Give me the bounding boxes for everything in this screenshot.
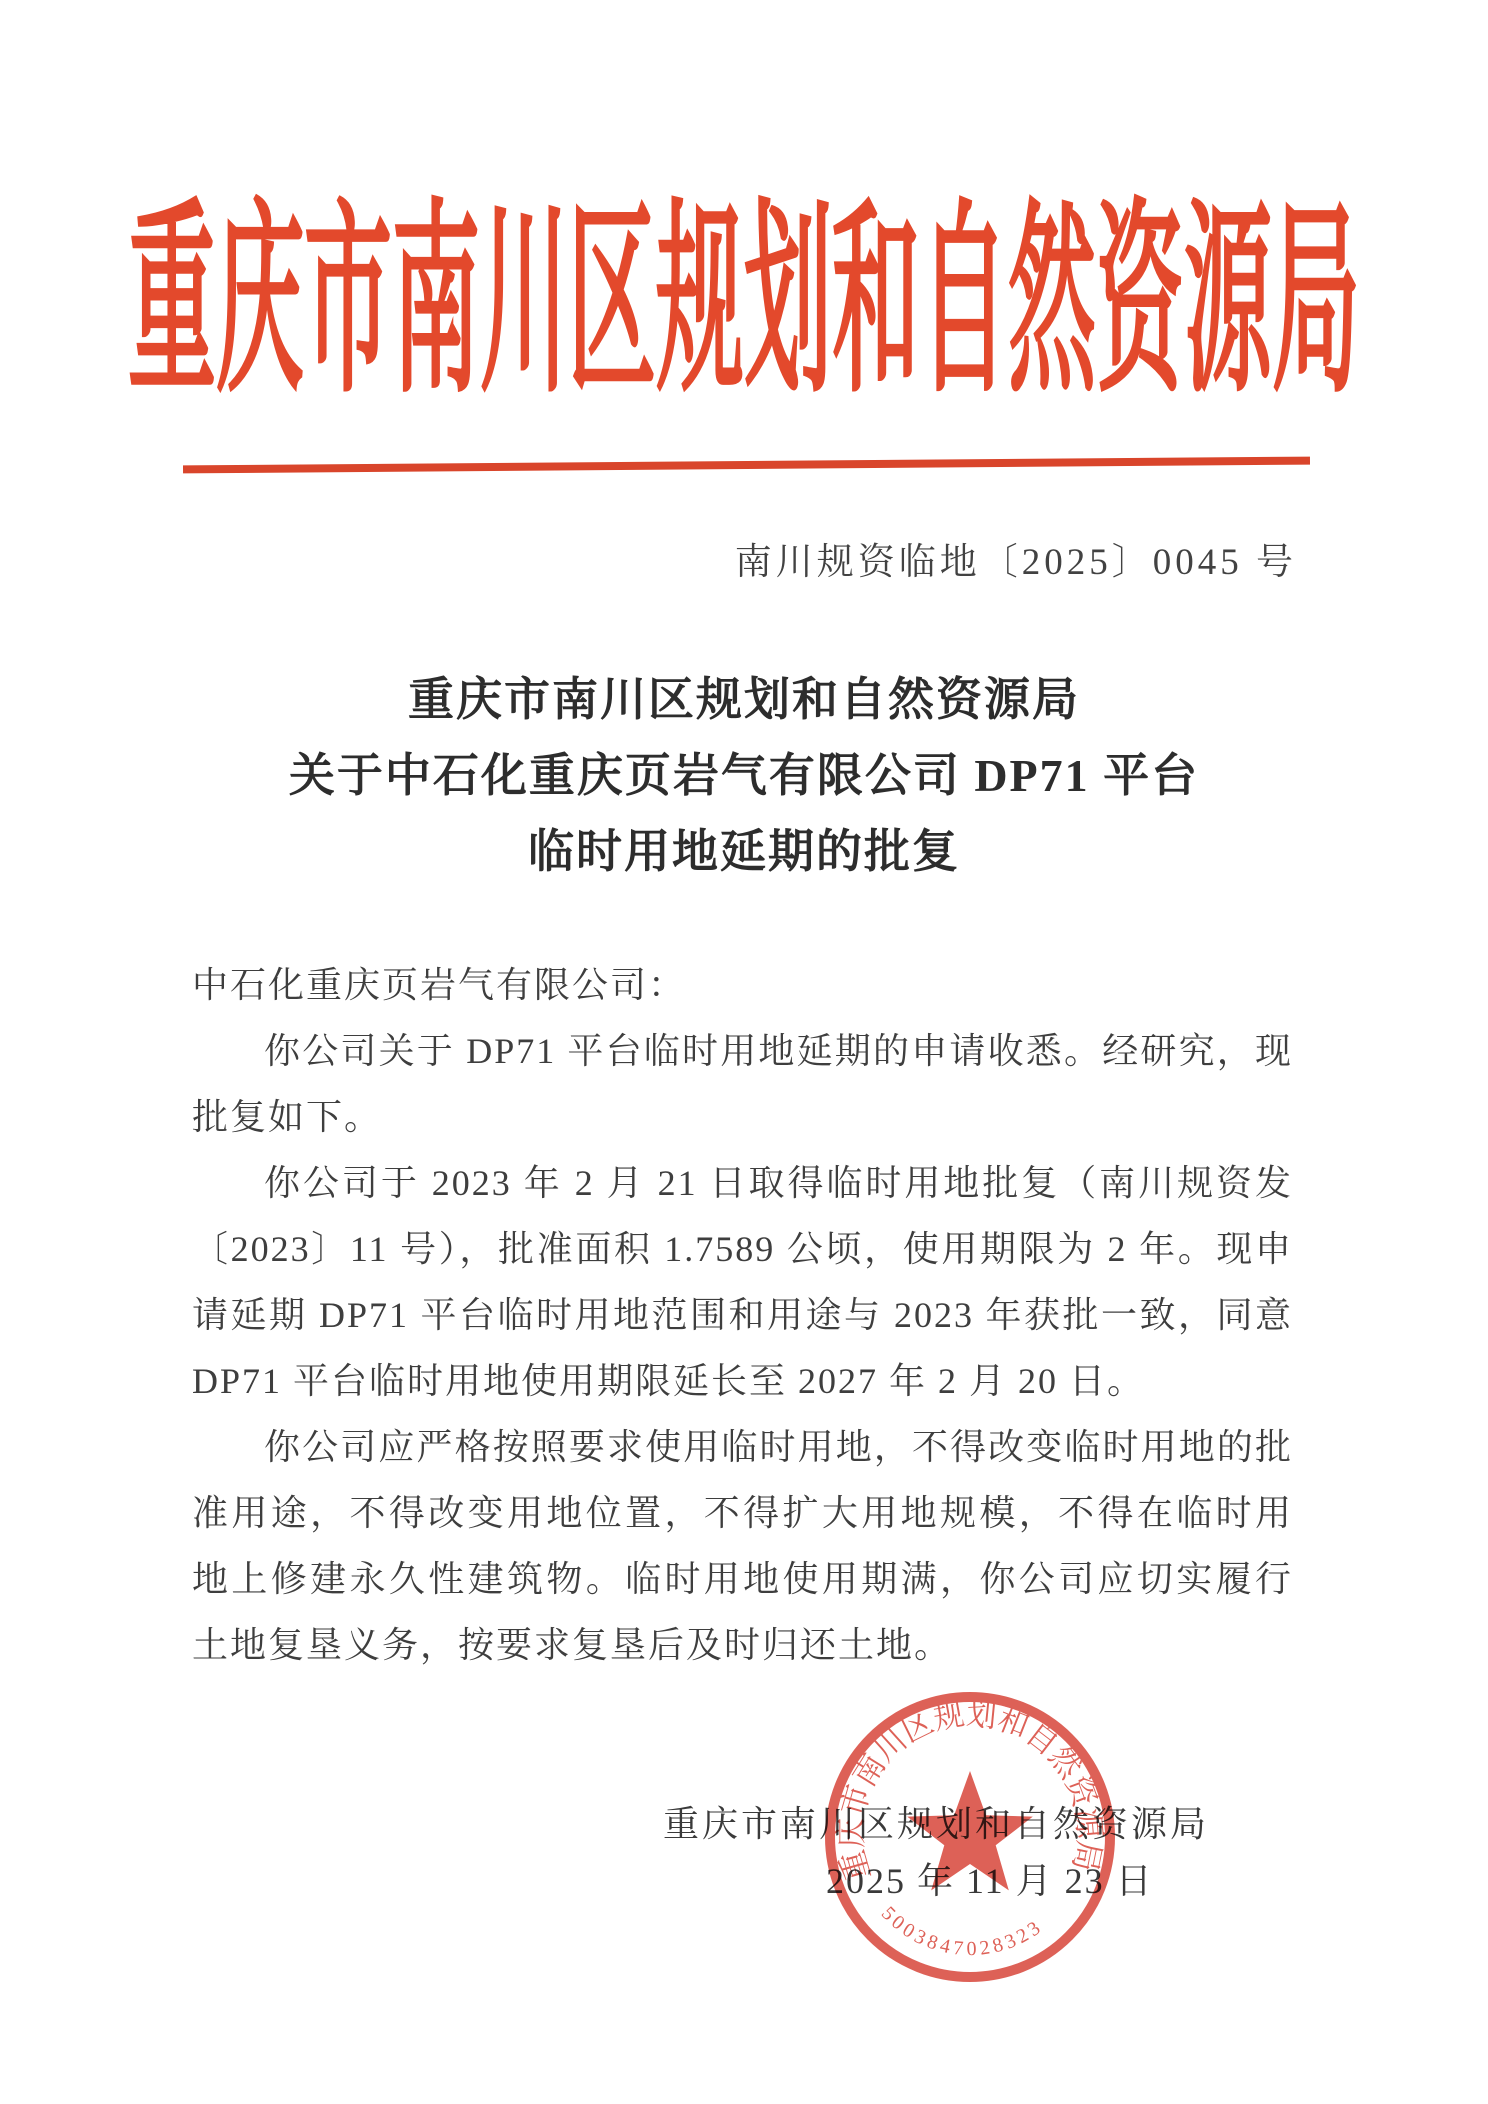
paragraph-1: 你公司关于 DP71 平台临时用地延期的申请收悉。经研究，现批复如下。 <box>192 1018 1293 1150</box>
salutation: 中石化重庆页岩气有限公司： <box>192 952 1293 1018</box>
red-header-agency-title: 重庆市南川区规划和自然资源局 <box>64 203 1424 410</box>
seal-star-icon <box>907 1771 1033 1890</box>
document-title: 重庆市南川区规划和自然资源局 关于中石化重庆页岩气有限公司 DP71 平台 临时… <box>0 662 1488 890</box>
seal-serial-number: 5003847028323 <box>877 1902 1048 1960</box>
document-page: 重庆市南川区规划和自然资源局 南川规资临地〔2025〕0045 号 重庆市南川区… <box>0 0 1488 2104</box>
official-seal-stamp: 重庆市南川区规划和自然资源局 5003847028323 <box>808 1672 1132 2008</box>
paragraph-2: 你公司于 2023 年 2 月 21 日取得临时用地批复（南川规资发〔2023〕… <box>192 1150 1293 1414</box>
red-divider-line <box>183 457 1310 474</box>
document-number: 南川规资临地〔2025〕0045 号 <box>735 531 1297 585</box>
paragraph-3: 你公司应严格按照要求使用临时用地，不得改变临时用地的批准用途，不得改变用地位置，… <box>192 1414 1293 1678</box>
document-body: 中石化重庆页岩气有限公司： 你公司关于 DP71 平台临时用地延期的申请收悉。经… <box>192 952 1293 1678</box>
document-title-line-3: 临时用地延期的批复 <box>0 814 1488 890</box>
seal-graphics: 重庆市南川区规划和自然资源局 5003847028323 <box>830 1695 1110 1977</box>
document-title-line-2: 关于中石化重庆页岩气有限公司 DP71 平台 <box>0 738 1488 814</box>
document-title-line-1: 重庆市南川区规划和自然资源局 <box>0 662 1488 738</box>
